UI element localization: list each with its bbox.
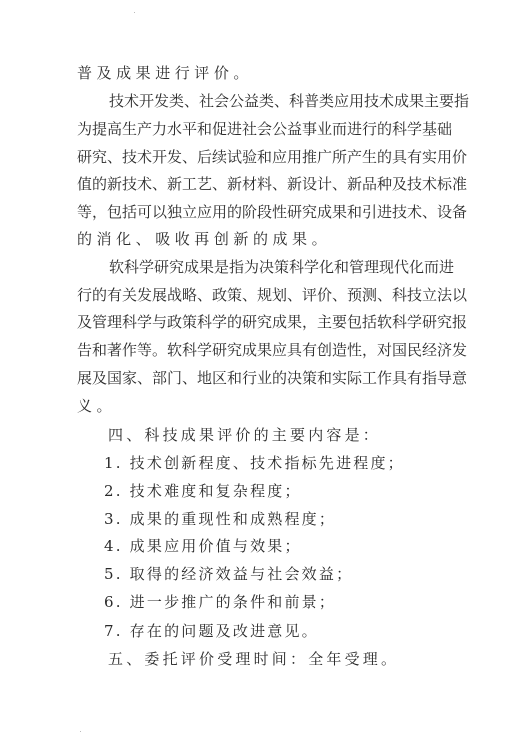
list-item: 2. 技术难度和复杂程度； <box>104 481 302 501</box>
paragraph-soft-science-line-3: 及管理科学与政策科学的研究成果，主要包括软科学研究报 <box>77 312 449 332</box>
paragraph-tech-categories-line-6: 的消化、吸收再创新的成果。 <box>77 229 331 249</box>
paragraph-soft-science-line-5: 展及国家、部门、地区和行业的决策和实际工作具有指导意 <box>77 368 449 388</box>
paragraph-tech-categories-line-3: 研究、技术开发、后续试验和应用推广所产生的具有实用价 <box>77 147 449 167</box>
list-item: 6. 进一步推广的条件和前景； <box>104 592 336 612</box>
document-page: 普及成果进行评价。 技术开发类、社会公益类、科普类应用技术成果主要指 为提高生产… <box>0 0 513 736</box>
paragraph-tech-categories-line-5: 等，包括可以独立应用的阶段性研究成果和引进技术、设备 <box>77 202 449 222</box>
list-item: 3. 成果的重现性和成熟程度； <box>104 509 336 529</box>
list-item: 4. 成果应用价值与效果； <box>104 536 302 556</box>
scan-speck <box>134 12 135 13</box>
paragraph-soft-science-line-6: 义。 <box>77 396 116 416</box>
paragraph-tech-categories-line-1: 技术开发类、社会公益类、科普类应用技术成果主要指 <box>109 91 449 111</box>
section-4-heading: 四、科技成果评价的主要内容是： <box>108 425 381 445</box>
paragraph-continuation-line: 普及成果进行评价。 <box>77 63 253 83</box>
list-item: 1. 技术创新程度、技术指标先进程度； <box>104 453 405 473</box>
paragraph-tech-categories-line-2: 为提高生产力水平和促进社会公益事业而进行的科学基础 <box>77 119 449 139</box>
paragraph-soft-science-line-1: 软科学研究成果是指为决策科学化和管理现代化而进 <box>109 257 449 277</box>
list-item: 7. 存在的问题及改进意见。 <box>104 621 319 641</box>
paragraph-soft-science-line-2: 行的有关发展战略、政策、规划、评价、预测、科技立法以 <box>77 285 449 305</box>
paragraph-tech-categories-line-4: 值的新技术、新工艺、新材料、新设计、新品种及技术标准 <box>77 174 449 194</box>
scan-speck <box>80 731 81 732</box>
section-5-heading: 五、委托评价受理时间：全年受理。 <box>108 649 399 669</box>
list-item: 5. 取得的经济效益与社会效益； <box>104 564 353 584</box>
paragraph-soft-science-line-4: 告和著作等。软科学研究成果应具有创造性，对国民经济发 <box>77 340 449 360</box>
